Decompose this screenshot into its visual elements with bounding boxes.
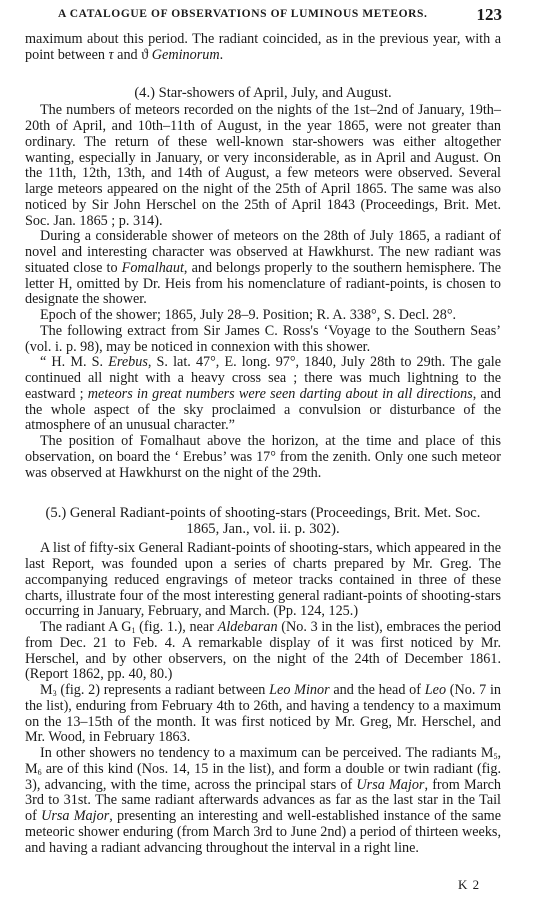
- quotation-paragraph: “ H. M. S. Erebus, S. lat. 47°, E. long.…: [25, 355, 501, 434]
- paragraph: In other showers no tendency to a maximu…: [25, 746, 501, 856]
- body-text: maximum about this period. The radiant c…: [25, 32, 501, 856]
- section-heading-4: (4.) Star-showers of April, July, and Au…: [25, 86, 501, 102]
- paragraph: The following extract from Sir James C. …: [25, 324, 501, 356]
- paragraph: Epoch of the shower; 1865, July 28–9. Po…: [25, 308, 501, 324]
- paragraph: During a considerable shower of meteors …: [25, 229, 501, 308]
- paragraph: A list of fifty-six General Radiant-poin…: [25, 541, 501, 620]
- running-title: A CATALOGUE OF OBSERVATIONS OF LUMINOUS …: [58, 8, 428, 20]
- signature-mark: K 2: [458, 877, 480, 893]
- continuation-paragraph: maximum about this period. The radiant c…: [25, 32, 501, 64]
- page-number: 123: [477, 5, 503, 25]
- paragraph: The numbers of meteors recorded on the n…: [25, 103, 501, 229]
- section-heading-5: (5.) General Radiant-points of shooting-…: [25, 505, 501, 537]
- running-head: A CATALOGUE OF OBSERVATIONS OF LUMINOUS …: [0, 5, 502, 25]
- paragraph: M3 (fig. 2) represents a radiant between…: [25, 683, 501, 746]
- paragraph: The position of Fomalhaut above the hori…: [25, 434, 501, 481]
- paragraph: The radiant A G1 (fig. 1.), near Aldebar…: [25, 620, 501, 683]
